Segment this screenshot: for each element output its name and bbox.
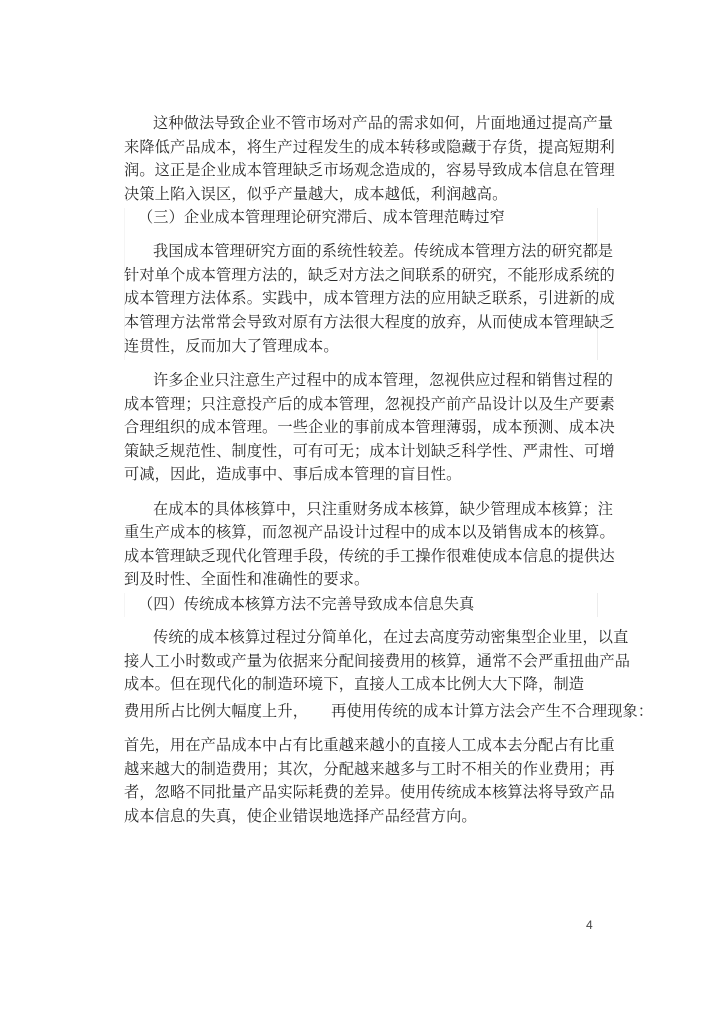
text-line: 成本管理方法体系。实践中，成本管理方法的应用缺乏联系，引进新的成 <box>124 288 615 308</box>
text-line: 在成本的具体核算中，只注重财务成本核算，缺少管理成本核算；注 <box>153 499 613 519</box>
text-line: 成本管理；只注意投产后的成本管理，忽视投产前产品设计以及生产要素 <box>124 394 615 414</box>
page-number: 4 <box>586 918 593 932</box>
document-page: 这种做法导致企业不管市场对产品的需求如何，片面地通过提高产量 来降低产品成本，将… <box>0 0 720 1015</box>
text-line: 者，忽略不同批量产品实际耗费的差异。使用传统成本核算法将导致产品 <box>124 782 615 802</box>
text-line: 本管理方法常常会导致对原有方法很大程度的放弃，从而使成本管理缺乏 <box>124 312 615 332</box>
section-heading-four: （四）传统成本核算方法不完善导致成本信息失真 <box>138 594 474 614</box>
text-line: 接人工小时数或产量为依据来分配间接费用的核算，通常不会严重扭曲产品 <box>124 651 630 671</box>
text-line: 成本信息的失真，使企业错误地选择产品经营方向。 <box>124 806 477 826</box>
text-line: 策缺乏规范性、制度性，可有可无；成本计划缺乏科学性、严肃性、可增 <box>124 441 615 461</box>
text-line: 首先，用在产品成本中占有比重越来越小的直接人工成本去分配占有比重 <box>124 735 615 755</box>
text-line: 许多企业只注意生产过程中的成本管理，忽视供应过程和销售过程的 <box>153 370 613 390</box>
text-line: 这种做法导致企业不管市场对产品的需求如何，片面地通过提高产量 <box>153 113 613 133</box>
text-line: 润。这正是企业成本管理缺乏市场观念造成的，容易导致成本信息在管理 <box>124 160 615 180</box>
text-line: 到及时性、全面性和准确性的要求。 <box>124 569 369 589</box>
text-line: 合理组织的成本管理。一些企业的事前成本管理薄弱，成本预测、成本决 <box>124 417 615 437</box>
text-line: 成本管理缺乏现代化管理手段，传统的手工操作很难使成本信息的提供达 <box>124 546 615 566</box>
section-heading-three: （三）企业成本管理理论研究滞后、成本管理范畴过窄 <box>138 207 505 227</box>
text-line: 连贯性，反而加大了管理成本。 <box>124 336 339 356</box>
text-line: 成本。但在现代化的制造环境下，直接人工成本比例大大下降，制造 <box>124 674 584 694</box>
text-line: 来降低产品成本，将生产过程发生的成本转移或隐藏于存货，提高短期利 <box>124 137 615 157</box>
text-line: 越来越大的制造费用；其次，分配越来越多与工时不相关的作业费用；再 <box>124 759 615 779</box>
text-line: 费用所占比例大幅度上升， 再使用传统的成本计算方法会产生不合理现象： <box>124 701 653 721</box>
text-line: 可减，因此，造成事中、事后成本管理的盲目性。 <box>124 464 461 484</box>
text-line: 针对单个成本管理方法的，缺乏对方法之间联系的研究，不能形成系统的 <box>124 265 615 285</box>
text-line: 决策上陷入误区，似乎产量越大，成本越低，利润越高。 <box>124 184 507 204</box>
text-line: 重生产成本的核算，而忽视产品设计过程中的成本以及销售成本的核算。 <box>124 522 615 542</box>
text-line: 我国成本管理研究方面的系统性较差。传统成本管理方法的研究都是 <box>153 241 613 261</box>
text-line: 传统的成本核算过程过分简单化，在过去高度劳动密集型企业里，以直 <box>153 627 628 647</box>
